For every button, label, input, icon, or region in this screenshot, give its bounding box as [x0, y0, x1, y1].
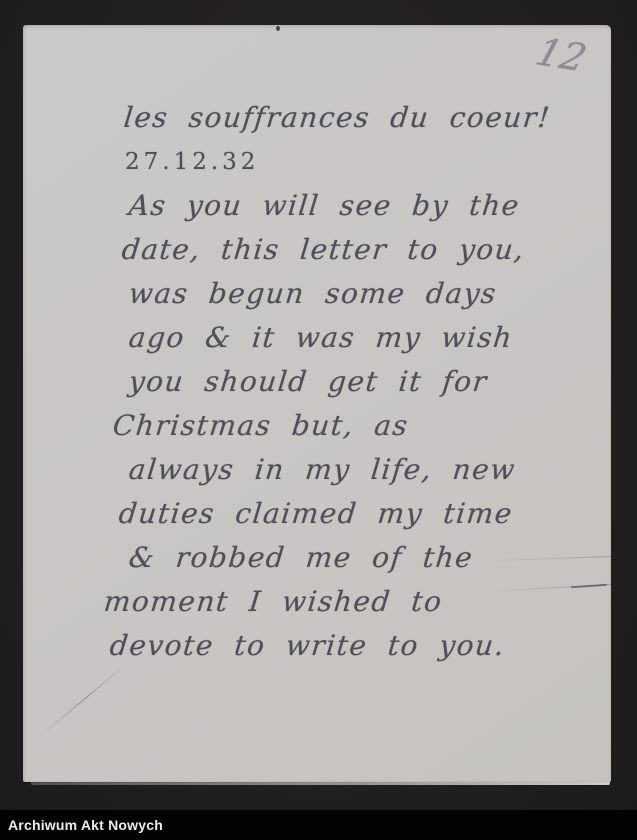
letter-line: As you will see by the: [21, 184, 614, 228]
letter-line: les souffrances du coeur!: [21, 96, 614, 140]
letter-line: date, this letter to you,: [21, 228, 614, 272]
letter-body: les souffrances du coeur! 27.12.32 As yo…: [23, 96, 611, 668]
letter-page: 12 les souffrances du coeur! 27.12.32 As…: [23, 25, 611, 782]
page-number: 12: [530, 30, 591, 80]
letter-line: duties claimed my time: [21, 492, 614, 536]
archive-name-label: Archiwum Akt Nowych: [0, 817, 163, 833]
letter-line: ago & it was my wish: [21, 316, 614, 360]
letter-line: was begun some days: [21, 272, 614, 316]
letter-line: you should get it for: [21, 360, 614, 404]
document-scan-viewport: 12 les souffrances du coeur! 27.12.32 As…: [0, 0, 637, 840]
letter-line: Christmas but, as: [21, 404, 614, 448]
letter-line: always in my life, new: [21, 448, 614, 492]
paper-crease-mark: [47, 667, 123, 731]
letter-line: moment I wished to: [21, 580, 614, 624]
paper-edge-speck: [276, 26, 280, 31]
letter-line: devote to write to you.: [21, 624, 614, 668]
letter-date: 27.12.32: [23, 140, 611, 184]
underlying-page-edge: [31, 782, 610, 785]
archive-watermark-bar: Archiwum Akt Nowych: [0, 810, 637, 840]
